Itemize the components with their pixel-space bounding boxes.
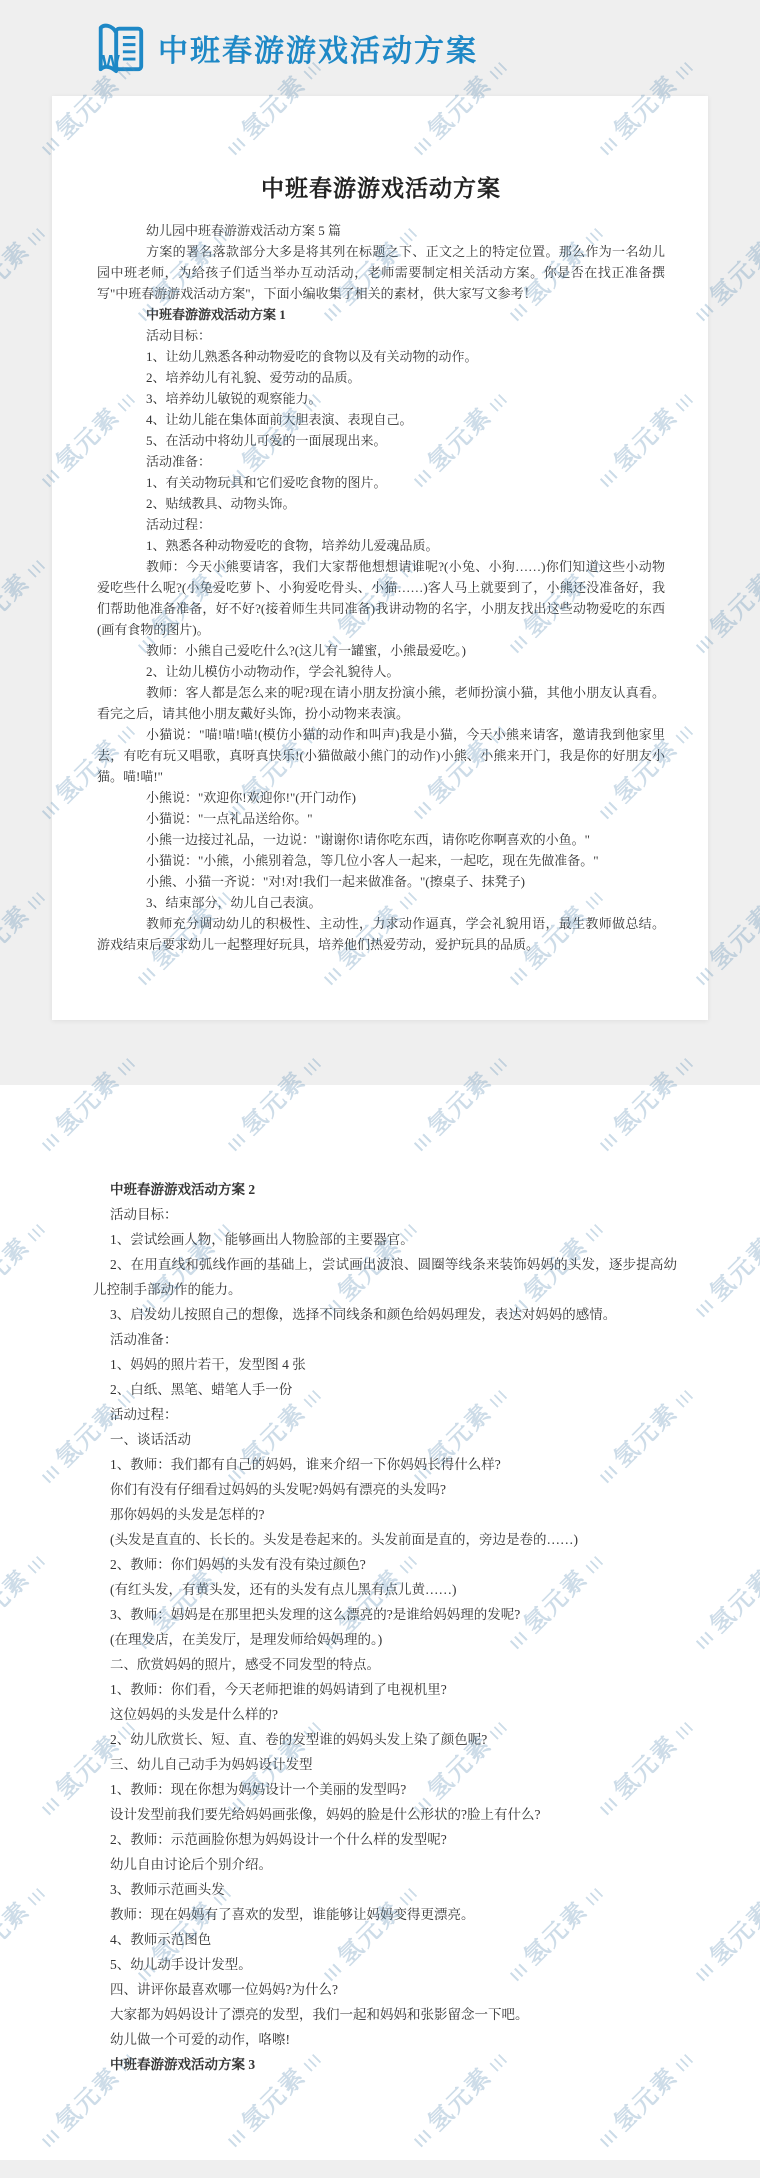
paragraph: 2、贴绒教具、动物头饰。 [97, 493, 665, 514]
document-body: 幼儿园中班春游游戏活动方案 5 篇方案的署名落款部分大多是将其列在标题之下、正文… [97, 220, 665, 955]
paragraph: 2、让幼儿模仿小动物动作，学会礼貌待人。 [97, 661, 665, 682]
paragraph: 幼儿做一个可爱的动作，咯嚓! [93, 2027, 677, 2052]
paragraph: 三、幼儿自己动手为妈妈设计发型 [93, 1752, 677, 1777]
paragraph: 1、教师：现在你想为妈妈设计一个美丽的发型吗? [93, 1777, 677, 1802]
paragraph: 3、结束部分，幼儿自己表演。 [97, 892, 665, 913]
document-card: 中班春游游戏活动方案 幼儿园中班春游游戏活动方案 5 篇方案的署名落款部分大多是… [52, 96, 708, 1020]
paragraph: 1、妈妈的照片若干，发型图 4 张 [93, 1352, 677, 1377]
paragraph: 3、培养幼儿敏锐的观察能力。 [97, 388, 665, 409]
paragraph: 教师：现在妈妈有了喜欢的发型，谁能够让妈妈变得更漂亮。 [93, 1902, 677, 1927]
paragraph: 你们有没有仔细看过妈妈的头发呢?妈妈有漂亮的头发吗? [93, 1477, 677, 1502]
paragraph: (头发是直直的、长长的。头发是卷起来的。头发前面是直的，旁边是卷的……) [93, 1527, 677, 1552]
paragraph: 教师：今天小熊要请客，我们大家帮他想想请谁呢?(小兔、小狗……)你们知道这些小动… [97, 556, 665, 640]
paragraph: 二、欣赏妈妈的照片，感受不同发型的特点。 [93, 1652, 677, 1677]
paragraph: 小猫说："小熊，小熊别着急，等几位小客人一起来，一起吃，现在先做准备。" [97, 850, 665, 871]
paragraph: 2、培养幼儿有礼貌、爱劳动的品质。 [97, 367, 665, 388]
paragraph: 教师：小熊自己爱吃什么?(这儿有一罐蜜，小熊最爱吃。) [97, 640, 665, 661]
paragraph: 活动过程： [93, 1402, 677, 1427]
paragraph: 设计发型前我们要先给妈妈画张像，妈妈的脸是什么形状的?脸上有什么? [93, 1802, 677, 1827]
paragraph: 活动目标： [93, 1202, 677, 1227]
paragraph: 1、让幼儿熟悉各种动物爱吃的食物以及有关动物的动作。 [97, 346, 665, 367]
paragraph: 中班春游游戏活动方案 3 [93, 2052, 677, 2077]
paragraph: 小熊说："欢迎你!欢迎你!"(开门动作) [97, 787, 665, 808]
paragraph: 小熊、小猫一齐说："对!对!我们一起来做准备。"(擦桌子、抹凳子) [97, 871, 665, 892]
paragraph: 2、白纸、黑笔、蜡笔人手一份 [93, 1377, 677, 1402]
paragraph: 小猫说："喵!喵!喵!(模仿小猫的动作和叫声)我是小猫，今天小熊来请客，邀请我到… [97, 724, 665, 787]
paragraph: 1、有关动物玩具和它们爱吃食物的图片。 [97, 472, 665, 493]
paragraph: 1、熟悉各种动物爱吃的食物，培养幼儿爱魂品质。 [97, 535, 665, 556]
paragraph: 3、教师：妈妈是在那里把头发理的这么漂亮的?是谁给妈妈理的发呢? [93, 1602, 677, 1627]
paragraph: 5、幼儿动手设计发型。 [93, 1952, 677, 1977]
paragraph: 这位妈妈的头发是什么样的? [93, 1702, 677, 1727]
paragraph: 一、谈话活动 [93, 1427, 677, 1452]
paragraph: 活动目标： [97, 325, 665, 346]
svg-text:W: W [102, 52, 121, 73]
watermark-text: 氢元素 [0, 543, 56, 664]
continuation-body: 中班春游游戏活动方案 2活动目标：1、尝试绘画人物，能够画出人物脸部的主要器官。… [93, 1177, 677, 2077]
paragraph: 1、教师：我们都有自己的妈妈，谁来介绍一下你妈妈长得什么样? [93, 1452, 677, 1477]
paragraph: 中班春游游戏活动方案 2 [93, 1177, 677, 1202]
paragraph: 3、启发幼儿按照自己的想像，选择不同线条和颜色给妈妈理发，表达对妈妈的感情。 [93, 1302, 677, 1327]
paragraph: 教师充分调动幼儿的积极性、主动性，力求动作逼真，学会礼貌用语，最生教师做总结。游… [97, 913, 665, 955]
paragraph: 大家都为妈妈设计了漂亮的发型，我们一起和妈妈和张影留念一下吧。 [93, 2002, 677, 2027]
paragraph: 1、尝试绘画人物，能够画出人物脸部的主要器官。 [93, 1227, 677, 1252]
paragraph: 3、教师示范画头发 [93, 1877, 677, 1902]
watermark-text: 氢元素 [0, 211, 56, 332]
watermark-text: 氢元素 [0, 875, 56, 996]
document-title: 中班春游游戏活动方案 [97, 170, 665, 203]
site-header: W 中班春游游戏活动方案 [0, 0, 760, 78]
paragraph: 方案的署名落款部分大多是将其列在标题之下、正文之上的特定位置。那么作为一名幼儿园… [97, 241, 665, 304]
paragraph: 幼儿园中班春游游戏活动方案 5 篇 [97, 220, 665, 241]
paragraph: 4、教师示范图色 [93, 1927, 677, 1952]
paragraph: (有红头发，有黄头发，还有的头发有点儿黑有点儿黄……) [93, 1577, 677, 1602]
paragraph: 活动过程： [97, 514, 665, 535]
paragraph: 1、教师：你们看，今天老师把谁的妈妈请到了电视机里? [93, 1677, 677, 1702]
paragraph: 小熊一边接过礼品，一边说："谢谢你!请你吃东西，请你吃你啊喜欢的小鱼。" [97, 829, 665, 850]
paragraph: (在理发店，在美发厅，是理发师给妈妈理的。) [93, 1627, 677, 1652]
paragraph: 活动准备： [97, 451, 665, 472]
paragraph: 2、在用直线和弧线作画的基础上，尝试画出波浪、圆圈等线条来装饰妈妈的头发，逐步提… [93, 1252, 677, 1302]
paragraph: 2、幼儿欣赏长、短、直、卷的发型谁的妈妈头发上染了颜色呢? [93, 1727, 677, 1752]
paragraph: 5、在活动中将幼儿可爱的一面展现出来。 [97, 430, 665, 451]
paragraph: 幼儿自由讨论后个别介绍。 [93, 1852, 677, 1877]
continuation-section: 中班春游游戏活动方案 2活动目标：1、尝试绘画人物，能够画出人物脸部的主要器官。… [0, 1085, 760, 2160]
paragraph: 那你妈妈的头发是怎样的? [93, 1502, 677, 1527]
paragraph: 小猫说："一点礼品送给你。" [97, 808, 665, 829]
paragraph: 中班春游游戏活动方案 1 [97, 304, 665, 325]
paragraph: 2、教师：你们妈妈的头发有没有染过颜色? [93, 1552, 677, 1577]
paragraph: 4、让幼儿能在集体面前大胆表演、表现自己。 [97, 409, 665, 430]
word-doc-icon: W [94, 21, 146, 75]
paragraph: 2、教师：示范画脸你想为妈妈设计一个什么样的发型呢? [93, 1827, 677, 1852]
paragraph: 教师：客人都是怎么来的呢?现在请小朋友扮演小熊，老师扮演小猫，其他小朋友认真看。… [97, 682, 665, 724]
page-title: 中班春游游戏活动方案 [158, 26, 478, 70]
paragraph: 活动准备： [93, 1327, 677, 1352]
paragraph: 四、讲评你最喜欢哪一位妈妈?为什么? [93, 1977, 677, 2002]
